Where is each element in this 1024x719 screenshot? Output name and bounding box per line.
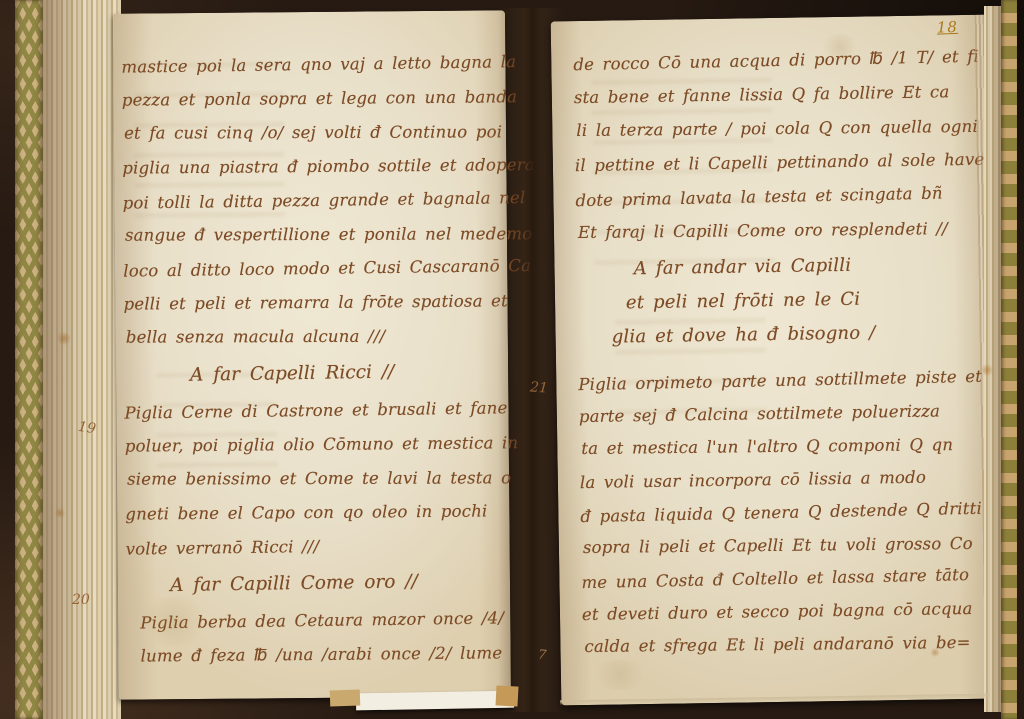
foxing-stain: [930, 648, 940, 657]
manuscript-text-line: poi tolli la ditta pezza grande et bagna…: [122, 181, 502, 220]
page-edges-right: [984, 6, 1002, 712]
left-page-text: mastice poi la sera qno vaj a letto bagn…: [121, 46, 506, 673]
recipe-heading: A far Capelli Ricci //: [102, 351, 483, 397]
manuscript-text-line: Piglia Cerne di Castrone et brusali et f…: [124, 391, 504, 430]
under-page-edge: [356, 691, 514, 711]
margin-number: 19: [77, 419, 97, 437]
manuscript-text-line: sieme benissimo et Come te lavi la testa…: [127, 461, 507, 496]
recipe-paragraph: mastice poi la sera qno vaj a letto bagn…: [121, 46, 504, 355]
manuscript-text-line: glia et dove ha đ bisogno /: [537, 315, 949, 355]
manuscript-text-line: mastice poi la sera qno vaj a letto bagn…: [121, 45, 501, 84]
foxing-stain: [820, 34, 860, 60]
under-page-tab: [330, 689, 361, 706]
manuscript-text-line: poluer, poi piglia olio Cōmuno et mestic…: [125, 426, 505, 463]
manuscript-text-line: loco al ditto loco modo et Cusi Cascaran…: [123, 249, 503, 288]
manuscript-text-line: piglia una piastra đ piombo sottile et a…: [122, 148, 502, 185]
manuscript-text-line: calda et sfrega Et li peli andaranō via …: [584, 626, 996, 663]
manuscript-text-line: li la terza parte / poi cola Q con quell…: [576, 110, 988, 148]
right-page-text: de rocco Cō una acqua di porro ℔ /1 T/ e…: [573, 41, 995, 664]
margin-number: 21: [529, 379, 548, 396]
manuscript-text-line: ta et mestica l'un l'altro Q componi Q q…: [581, 428, 993, 465]
manuscript-text-line: gneti bene el Capo con qo oleo in pochi: [125, 494, 505, 531]
manuscript-photo: mastice poi la sera qno vaj a letto bagn…: [0, 0, 1024, 719]
recipe-paragraph: de rocco Cō una acqua di porro ℔ /1 T/ e…: [573, 41, 988, 251]
foxing-stain: [54, 508, 66, 518]
manuscript-page-right: 18 de rocco Cō una acqua di porro ℔ /1 T…: [551, 15, 1000, 706]
recipe-paragraph: Piglia orpimeto parte una sottillmete pi…: [578, 361, 995, 664]
manuscript-text-line: bella senza macula alcuna ///: [126, 319, 506, 354]
recipe-heading: A far andar via Capilliet peli nel frōti…: [536, 247, 950, 355]
foxing-stain: [140, 596, 210, 646]
manuscript-text-line: sangue đ vespertillione et ponila nel me…: [125, 217, 505, 252]
foxing-stain: [590, 660, 650, 690]
manuscript-text-line: et fa cusi cinq /o/ sej volti đ Continuo…: [124, 115, 504, 150]
binding-ribbon-left: [15, 0, 43, 719]
manuscript-text-line: pezza et ponla sopra et lega con una ban…: [122, 80, 502, 117]
manuscript-text-line: Et faraj li Capilli Come oro resplendeti…: [578, 212, 990, 250]
manuscript-text-line: pelli et peli et remarra la frōte spatio…: [123, 284, 503, 321]
margin-number: 20: [72, 592, 90, 608]
binding-ribbon-right: [1001, 0, 1017, 719]
recipe-paragraph: Piglia Cerne di Castrone et brusali et f…: [124, 392, 505, 565]
under-page-tab: [495, 685, 518, 706]
foxing-stain: [56, 332, 72, 345]
quire-mark: 7: [537, 648, 547, 664]
foxing-stain: [980, 364, 994, 376]
manuscript-text-line: lume đ feza ℔ /una /arabi once /2/ lume: [140, 636, 506, 673]
folio-number: 18: [937, 18, 959, 37]
